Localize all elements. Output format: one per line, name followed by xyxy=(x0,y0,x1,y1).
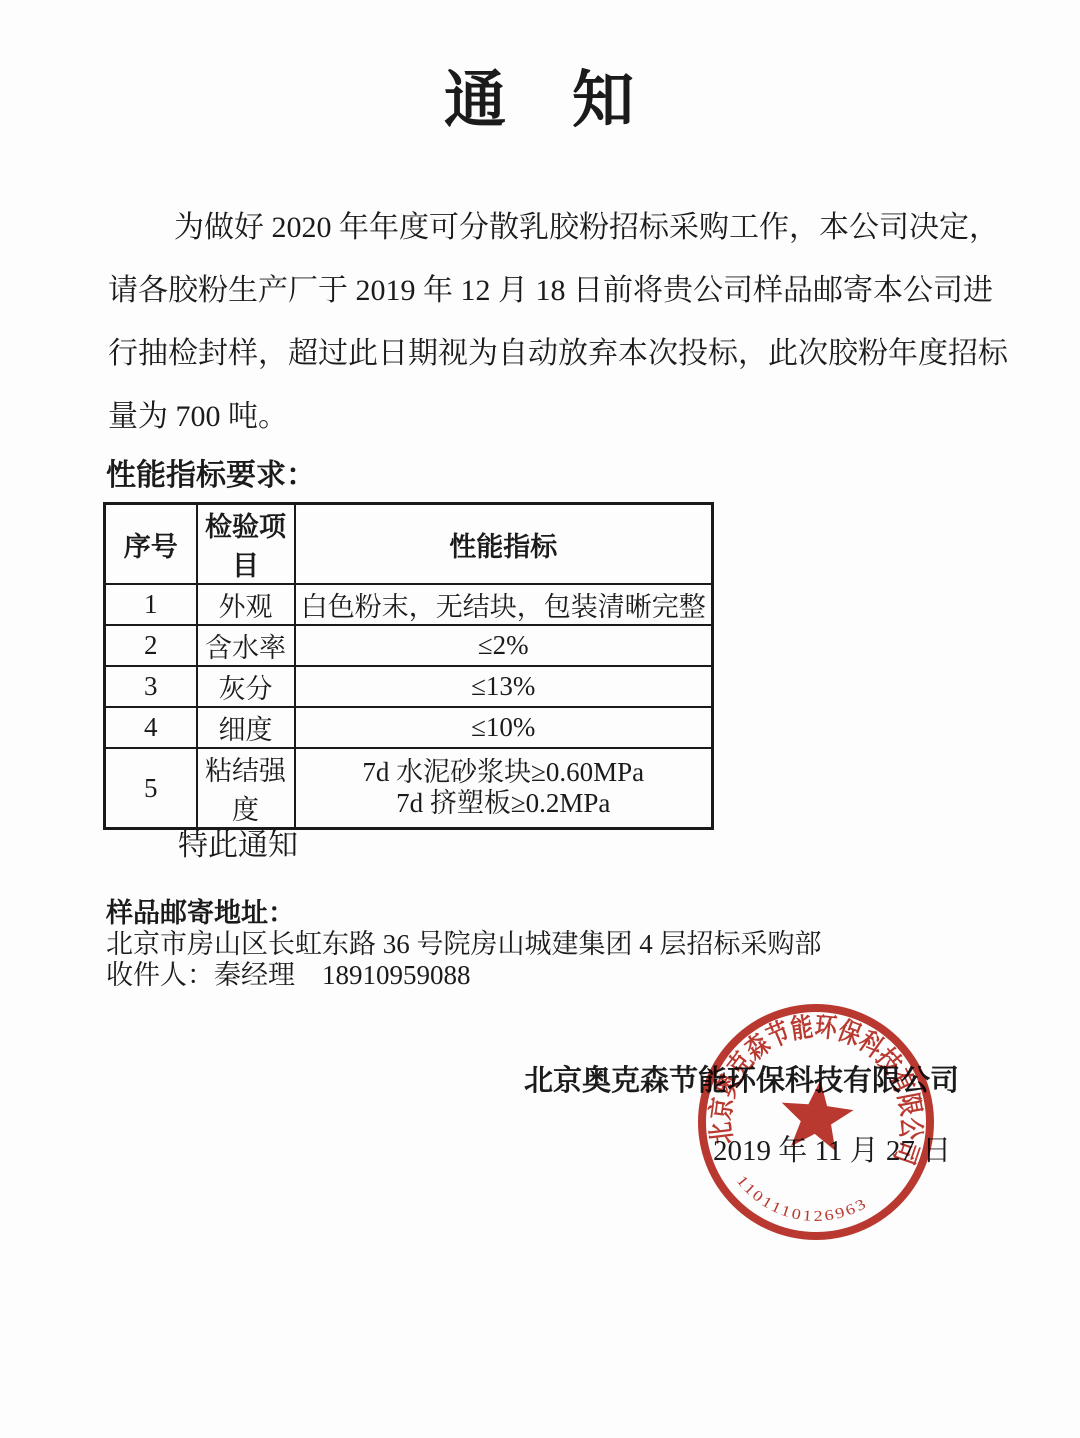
cell-spec: 白色粉末，无结块，包装清晰完整 xyxy=(295,584,713,625)
star-icon xyxy=(777,1076,856,1152)
cell-no: 1 xyxy=(105,584,197,625)
notice-document-page: 通 知 为做好 2020 年年度可分散乳胶粉招标采购工作，本公司决定， 请各胶粉… xyxy=(0,0,1080,1438)
cell-item: 外观 xyxy=(197,584,295,625)
body-line: 请各胶粉生产厂于 2019 年 12 月 18 日前将贵公司样品邮寄本公司进 xyxy=(108,259,948,322)
table-row: 1 外观 白色粉末，无结块，包装清晰完整 xyxy=(105,584,713,625)
cell-spec: ≤2% xyxy=(295,625,713,666)
body-line: 行抽检封样，超过此日期视为自动放弃本次投标，此次胶粉年度招标 xyxy=(108,322,948,385)
spec-line: 7d 挤塑板≥0.2MPa xyxy=(296,788,712,819)
table-row: 5 粘结强度 7d 水泥砂浆块≥0.60MPa 7d 挤塑板≥0.2MPa xyxy=(105,748,713,829)
cell-item: 细度 xyxy=(197,707,295,748)
cell-item: 粘结强度 xyxy=(197,748,295,829)
cell-spec: 7d 水泥砂浆块≥0.60MPa 7d 挤塑板≥0.2MPa xyxy=(295,748,713,829)
cell-no: 4 xyxy=(105,707,197,748)
seal-number-text: 1101110126963 xyxy=(729,1172,873,1231)
spec-table: 序号 检验项目 性能指标 1 外观 白色粉末，无结块，包装清晰完整 2 含水率 … xyxy=(103,502,714,830)
spec-requirements-heading: 性能指标要求： xyxy=(106,450,316,494)
header-cell-item: 检验项目 xyxy=(197,504,295,585)
cell-item: 含水率 xyxy=(197,625,295,666)
table-row: 2 含水率 ≤2% xyxy=(105,625,713,666)
page-title: 通 知 xyxy=(0,50,1080,139)
svg-text:1101110126963: 1101110126963 xyxy=(729,1172,873,1231)
header-cell-spec: 性能指标 xyxy=(295,504,713,585)
mailing-address: 北京市房山区长虹东路 36 号院房山城建集团 4 层招标采购部 xyxy=(106,929,822,960)
table-header-row: 序号 检验项目 性能指标 xyxy=(105,504,713,585)
mailing-block: 样品邮寄地址： 北京市房山区长虹东路 36 号院房山城建集团 4 层招标采购部 … xyxy=(106,898,822,991)
body-paragraph: 为做好 2020 年年度可分散乳胶粉招标采购工作，本公司决定， 请各胶粉生产厂于… xyxy=(108,196,948,448)
table-row: 4 细度 ≤10% xyxy=(105,707,713,748)
body-line: 为做好 2020 年年度可分散乳胶粉招标采购工作，本公司决定， xyxy=(108,196,948,259)
cell-no: 5 xyxy=(105,748,197,829)
cell-item: 灰分 xyxy=(197,666,295,707)
cell-spec: ≤10% xyxy=(295,707,713,748)
body-line: 量为 700 吨。 xyxy=(108,385,948,448)
table-row: 3 灰分 ≤13% xyxy=(105,666,713,707)
header-cell-no: 序号 xyxy=(105,504,197,585)
cell-no: 3 xyxy=(105,666,197,707)
cell-no: 2 xyxy=(105,625,197,666)
mailing-recipient: 收件人：秦经理 18910959088 xyxy=(106,960,822,991)
company-seal: 北京奥克森节能环保科技有限公司 1101110126963 xyxy=(690,996,942,1248)
mailing-address-label: 样品邮寄地址： xyxy=(106,898,822,929)
cell-spec: ≤13% xyxy=(295,666,713,707)
spec-line: 7d 水泥砂浆块≥0.60MPa xyxy=(296,757,712,788)
closing-note: 特此通知 xyxy=(178,820,298,864)
